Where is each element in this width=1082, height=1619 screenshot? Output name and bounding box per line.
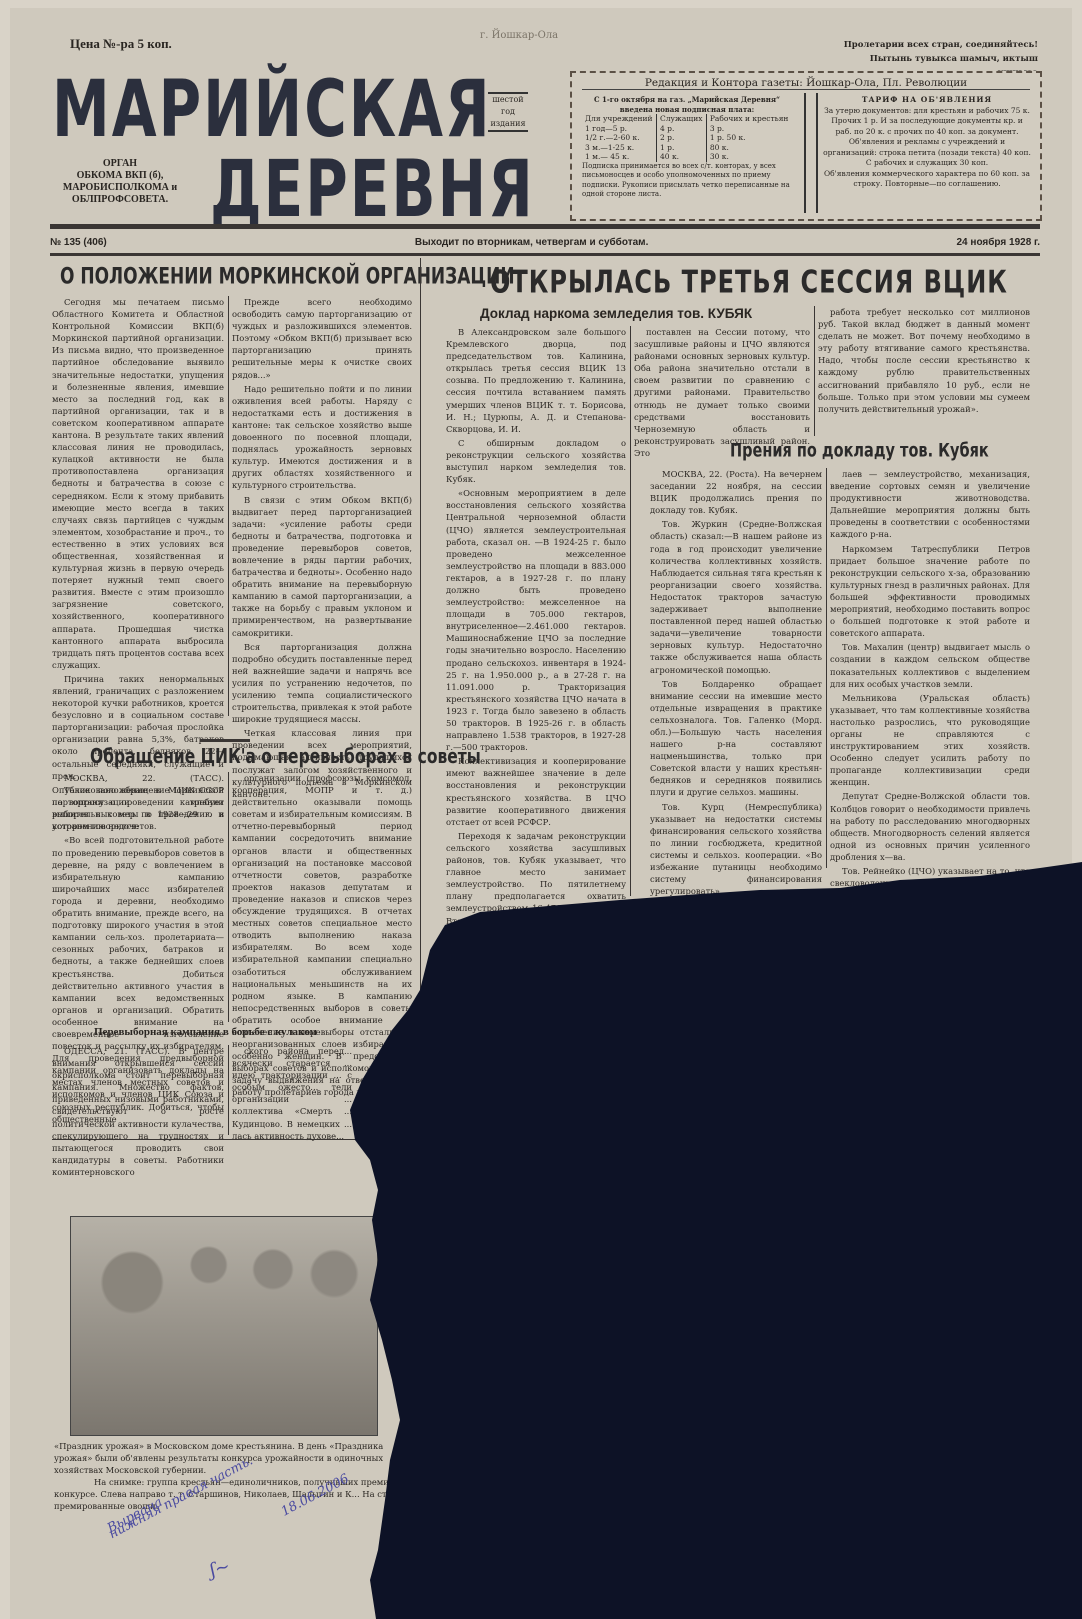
- torn-page-region: [0, 0, 1082, 1619]
